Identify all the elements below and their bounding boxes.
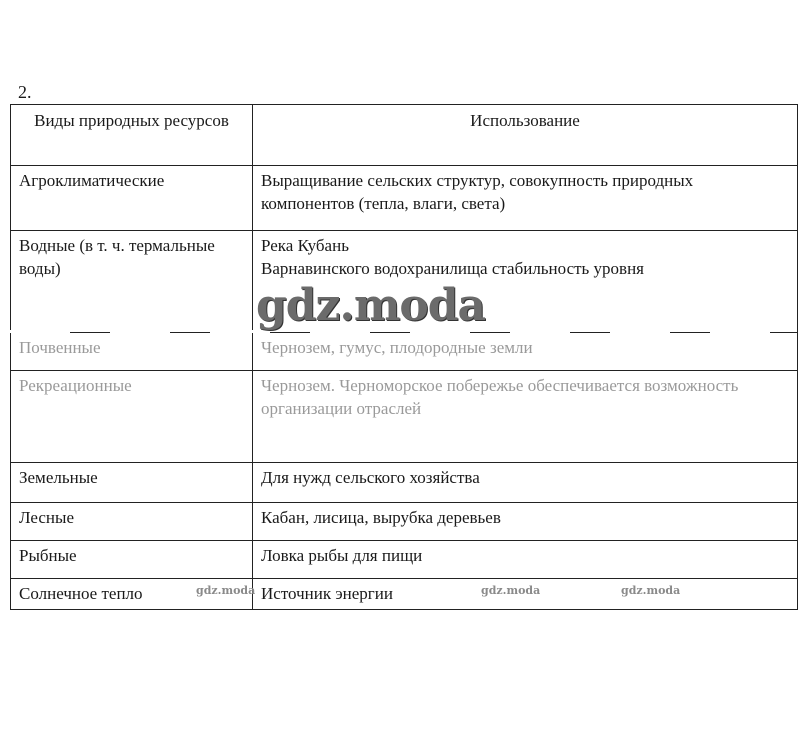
table-row: Почвенные Чернозем, гумус, плодородные з… — [11, 333, 798, 371]
resource-type-cell: Лесные — [11, 503, 253, 541]
header-usage: Использование — [253, 105, 798, 166]
resource-type-cell: Почвенные — [11, 333, 253, 371]
resource-type-cell: Рыбные — [11, 541, 253, 579]
resource-type-cell: Земельные — [11, 463, 253, 503]
table-row: Водные (в т. ч. термальные воды) Река Ку… — [11, 231, 798, 333]
usage-cell: Чернозем, гумус, плодородные земли — [253, 333, 798, 371]
resource-type-cell: Солнечное тепло — [11, 579, 253, 610]
table-row: Земельные Для нужд сельского хозяйства — [11, 463, 798, 503]
resource-type-cell: Водные (в т. ч. термальные воды) — [11, 231, 253, 333]
usage-cell: Выращивание сельских структур, совокупно… — [253, 166, 798, 231]
usage-cell: Для нужд сельского хозяйства — [253, 463, 798, 503]
usage-cell: Река Кубань Варнавинского водохранилища … — [253, 231, 798, 333]
resource-type-cell: Рекреационные — [11, 371, 253, 463]
table-row: Рекреационные Чернозем. Черноморское поб… — [11, 371, 798, 463]
resource-type-cell: Агроклиматические — [11, 166, 253, 231]
usage-cell: Чернозем. Черноморское побережье обеспеч… — [253, 371, 798, 463]
usage-cell: Источник энергии — [253, 579, 798, 610]
table-row: Рыбные Ловка рыбы для пищи — [11, 541, 798, 579]
table-row: Лесные Кабан, лисица, вырубка деревьев — [11, 503, 798, 541]
task-number: 2. — [18, 82, 32, 103]
table-header-row: Виды природных ресурсов Использование — [11, 105, 798, 166]
usage-cell: Кабан, лисица, вырубка деревьев — [253, 503, 798, 541]
table-row: Солнечное тепло Источник энергии — [11, 579, 798, 610]
table-row: Агроклиматические Выращивание сельских с… — [11, 166, 798, 231]
natural-resources-table: Виды природных ресурсов Использование Аг… — [10, 104, 798, 610]
header-resource-type: Виды природных ресурсов — [11, 105, 253, 166]
usage-cell: Ловка рыбы для пищи — [253, 541, 798, 579]
